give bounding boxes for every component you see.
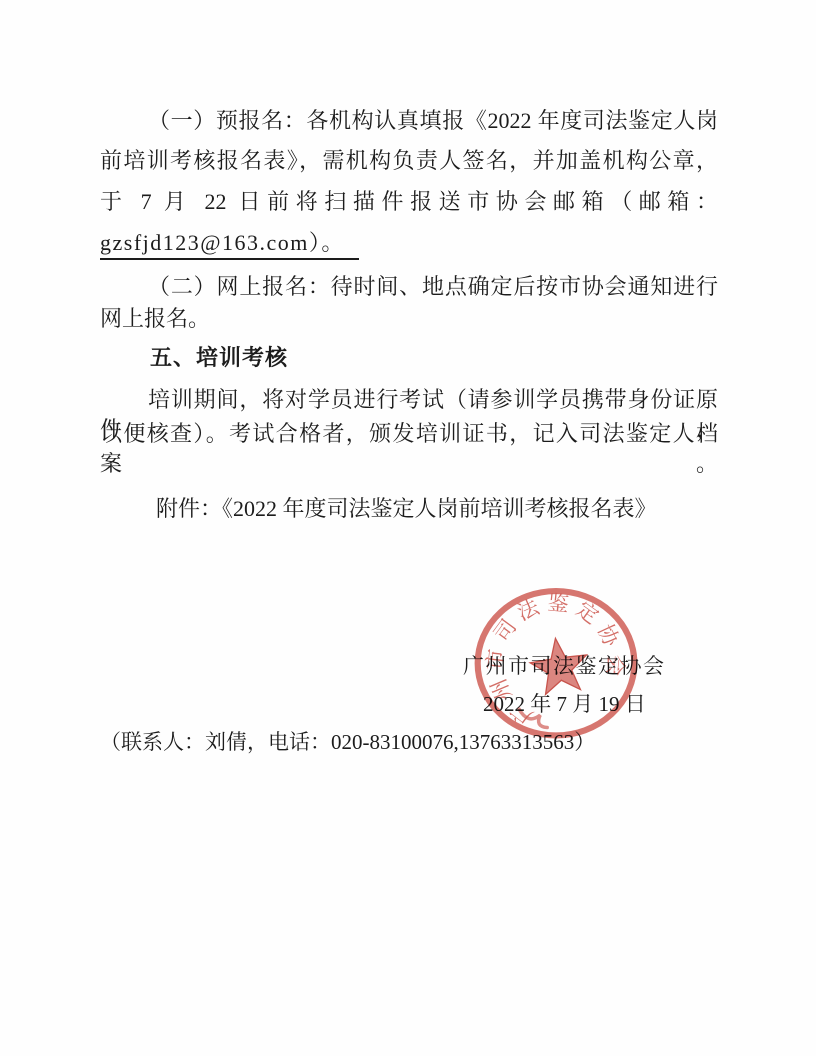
email-address: gzsfjd123@163.com）。 [100, 228, 359, 260]
para1-line2: 前培训考核报名表》，需机构负责人签名，并加盖机构公章， [100, 146, 718, 176]
para2-line1: （二）网上报名：待时间、地点确定后按市协会通知进行 [100, 272, 718, 302]
star-icon [527, 634, 591, 696]
para1-line3: 于 7 月 22 日前将扫描件报送市协会邮箱（邮箱： [100, 187, 718, 217]
para1-line4: gzsfjd123@163.com）。 [100, 228, 718, 260]
attachment-line: 附件：《2022 年度司法鉴定人岗前培训考核报名表》 [100, 494, 718, 524]
para3-line2: 以便核查）。考试合格者，颁发培训证书，记入司法鉴定人档案。 [100, 419, 718, 479]
section-heading: 五、培训考核 [100, 343, 718, 373]
para1-line1: （一）预报名：各机构认真填报《2022 年度司法鉴定人岗 [100, 106, 718, 136]
document-page: （一）预报名：各机构认真填报《2022 年度司法鉴定人岗 前培训考核报名表》，需… [0, 0, 816, 1056]
para2-line2: 网上报名。 [100, 304, 718, 334]
official-seal: 广州市司法鉴定协会 [468, 577, 644, 753]
